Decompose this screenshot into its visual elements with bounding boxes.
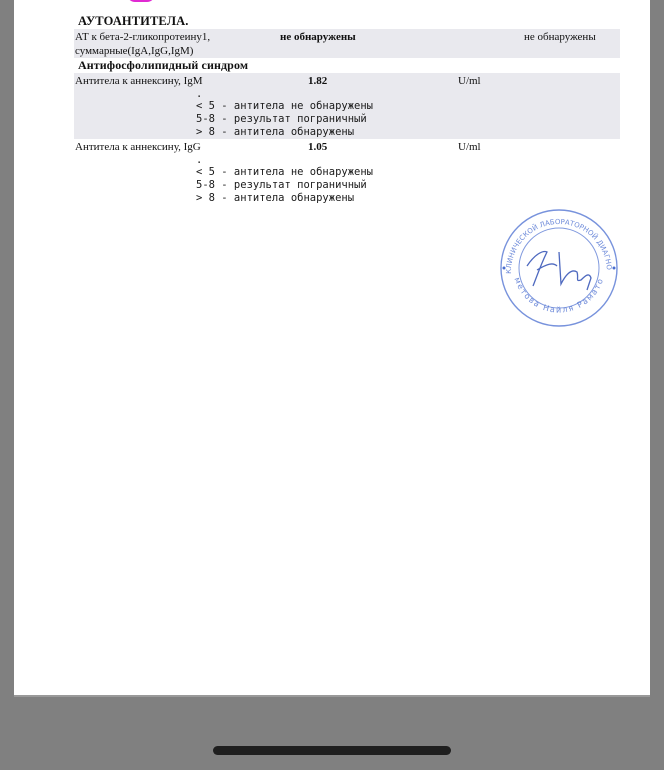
test-reference: не обнаружены xyxy=(524,30,596,44)
reference-line: > 8 - антитела обнаружены xyxy=(196,192,354,205)
home-indicator[interactable] xyxy=(213,746,451,755)
reference-line: 5-8 - результат пограничный xyxy=(196,179,367,192)
reference-line: < 5 - антитела не обнаружены xyxy=(196,100,373,113)
doctor-stamp-icon: ВРАЧ КЛИНИЧЕСКОЙ ЛАБОРАТОРНОЙ ДИАГНОСТИК… xyxy=(497,206,621,330)
test-result: 1.82 xyxy=(308,74,327,88)
test-name-line2: суммарные(IgA,IgG,IgM) xyxy=(75,44,193,58)
test-name: Антитела к аннексину, IgM xyxy=(75,74,203,88)
page-edge xyxy=(14,695,650,697)
reference-line: 5-8 - результат пограничный xyxy=(196,113,367,126)
test-unit: U/ml xyxy=(458,74,481,88)
test-result: не обнаружены xyxy=(280,30,356,44)
test-name: Антитела к аннексину, IgG xyxy=(75,140,201,154)
test-name-line1: АТ к бета-2-гликопротеину1, xyxy=(75,30,210,44)
section-title-antiphospholipid: Антифосфолипидный синдром xyxy=(78,58,248,73)
test-unit: U/ml xyxy=(458,140,481,154)
section-title-autoantibodies: АУТОАНТИТЕЛА. xyxy=(78,14,188,29)
test-result: 1.05 xyxy=(308,140,327,154)
reference-line: < 5 - антитела не обнаружены xyxy=(196,166,373,179)
reference-line: > 8 - антитела обнаружены xyxy=(196,126,354,139)
svg-text:ВРАЧ КЛИНИЧЕСКОЙ ЛАБОРАТОРНОЙ: ВРАЧ КЛИНИЧЕСКОЙ ЛАБОРАТОРНОЙ ДИАГНОСТИК… xyxy=(497,206,613,274)
